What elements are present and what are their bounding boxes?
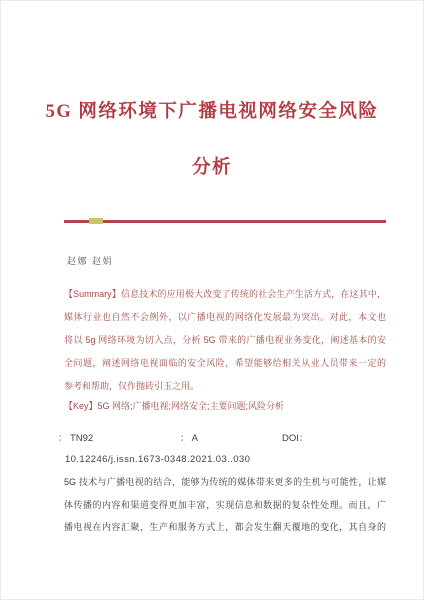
classification-meta-row: ： TN92 ： A DOI： [1,430,424,444]
body-paragraph: 5G 技术与广播电视的结合，能够为传统的媒体带来更多的生机与可能性，让媒 体传播… [64,471,386,539]
title-divider-rule [64,220,386,223]
abstract-line: 参考和帮助，仅作抛砖引玉之用。 [64,375,386,398]
clc-number: ： TN92 [58,430,93,444]
doi-value: 10.12246/j.issn.1673-0348.2021.03..030 [65,453,250,467]
body-line: 播电视在内容汇聚，生产和服务方式上，都会发生翻天覆地的变化，其自身的 [64,516,386,539]
abstract-paragraph: 【Summary】信息技术的应用极大改变了传统的社会生产生活方式，在这其中， 媒… [64,283,386,398]
abstract-line: 媒体行业也自然不会例外，以广播电视的网络化发展最为突出。对此，本文也 [64,306,386,329]
abstract-line: 【Summary】信息技术的应用极大改变了传统的社会生产生活方式，在这其中， [64,283,386,306]
keywords-line: 【Key】5G 网络;广播电视;网络安全;主要问题;风险分析 [64,399,394,413]
document-page: 5G 网络环境下广播电视网络安全风险 分析 赵娜 赵娟 【Summary】信息技… [0,0,424,600]
document-code: ： A [180,430,198,444]
abstract-line: 将以 5g 网络环境为切入点，分析 5G 带来的广播电视业务变化，阐述基本的安 [64,329,386,352]
body-line: 5G 技术与广播电视的结合，能够为传统的媒体带来更多的生机与可能性，让媒 [64,471,386,494]
body-line: 体传播的内容和渠道变得更加丰富，实现信息和数据的复杂性处理。而且，广 [64,494,386,517]
doi-label: DOI： [282,430,308,444]
paper-title-line-2: 分析 [41,140,383,196]
authors-line: 赵娜 赵娟 [67,255,113,268]
paper-title: 5G 网络环境下广播电视网络安全风险 分析 [41,84,383,196]
paper-title-line-1: 5G 网络环境下广播电视网络安全风险 [41,84,383,140]
abstract-line: 全问题，阐述网络电视面临的安全风险，希望能够给相关从业人员带来一定的 [64,352,386,375]
divider-accent-square [89,218,103,224]
